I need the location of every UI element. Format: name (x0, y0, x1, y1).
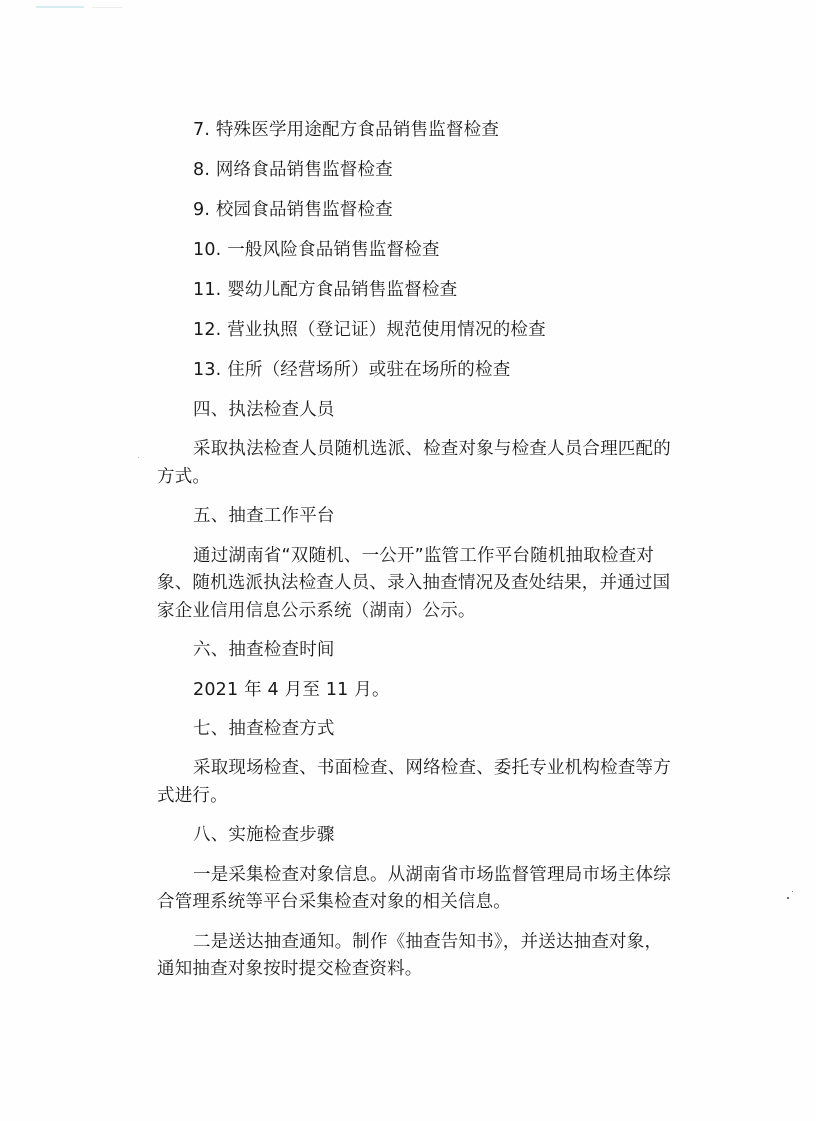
paragraph-line: 式进行。 (157, 785, 228, 807)
paragraph-line: 采取执法检查人员随机选派、检查对象与检查人员合理匹配的 (193, 438, 671, 460)
section-heading: 七、抽查检查方式 (193, 718, 335, 740)
scan-artifact (36, 6, 84, 8)
paragraph-line: 通知抽查对象按时提交检查资料。 (157, 958, 423, 980)
scan-artifact (92, 7, 122, 8)
paragraph-line: 象、随机选派执法检查人员、录入抽查情况及查处结果，并通过国 (157, 572, 670, 594)
paragraph-line: 二是送达抽查通知。制作《抽查告知书》，并送达抽查对象， (193, 931, 662, 953)
scan-speck (792, 891, 793, 892)
paragraph-line: 一是采集检查对象信息。从湖南省市场监督管理局市场主体综 (193, 864, 671, 886)
paragraph-line: 方式。 (157, 466, 210, 488)
list-item: 8. 网络食品销售监督检查 (193, 159, 393, 181)
paragraph-line: 家企业信用信息公示系统（湖南）公示。 (157, 600, 476, 622)
list-item: 10. 一般风险食品销售监督检查 (193, 239, 440, 261)
section-heading: 八、实施检查步骤 (193, 824, 335, 846)
paragraph-line: 通过湖南省“双随机、一公开”监管工作平台随机抽取检查对 (193, 545, 654, 567)
paragraph-line: 2021 年 4 月至 11 月。 (193, 679, 390, 701)
paragraph-line: 合管理系统等平台采集检查对象的相关信息。 (157, 891, 511, 913)
scan-speck (787, 897, 789, 899)
document-page: 7. 特殊医学用途配方食品销售监督检查 8. 网络食品销售监督检查 9. 校园食… (0, 0, 816, 1121)
list-item: 11. 婴幼儿配方食品销售监督检查 (193, 279, 457, 301)
scan-speck (138, 457, 139, 458)
section-heading: 四、执法检查人员 (193, 399, 335, 421)
list-item: 7. 特殊医学用途配方食品销售监督检查 (193, 119, 499, 141)
list-item: 12. 营业执照（登记证）规范使用情况的检查 (193, 319, 546, 341)
paragraph-line: 采取现场检查、书面检查、网络检查、委托专业机构检查等方 (193, 757, 671, 779)
section-heading: 六、抽查检查时间 (193, 639, 335, 661)
list-item: 13. 住所（经营场所）或驻在场所的检查 (193, 359, 510, 381)
section-heading: 五、抽查工作平台 (193, 505, 335, 527)
list-item: 9. 校园食品销售监督检查 (193, 199, 393, 221)
